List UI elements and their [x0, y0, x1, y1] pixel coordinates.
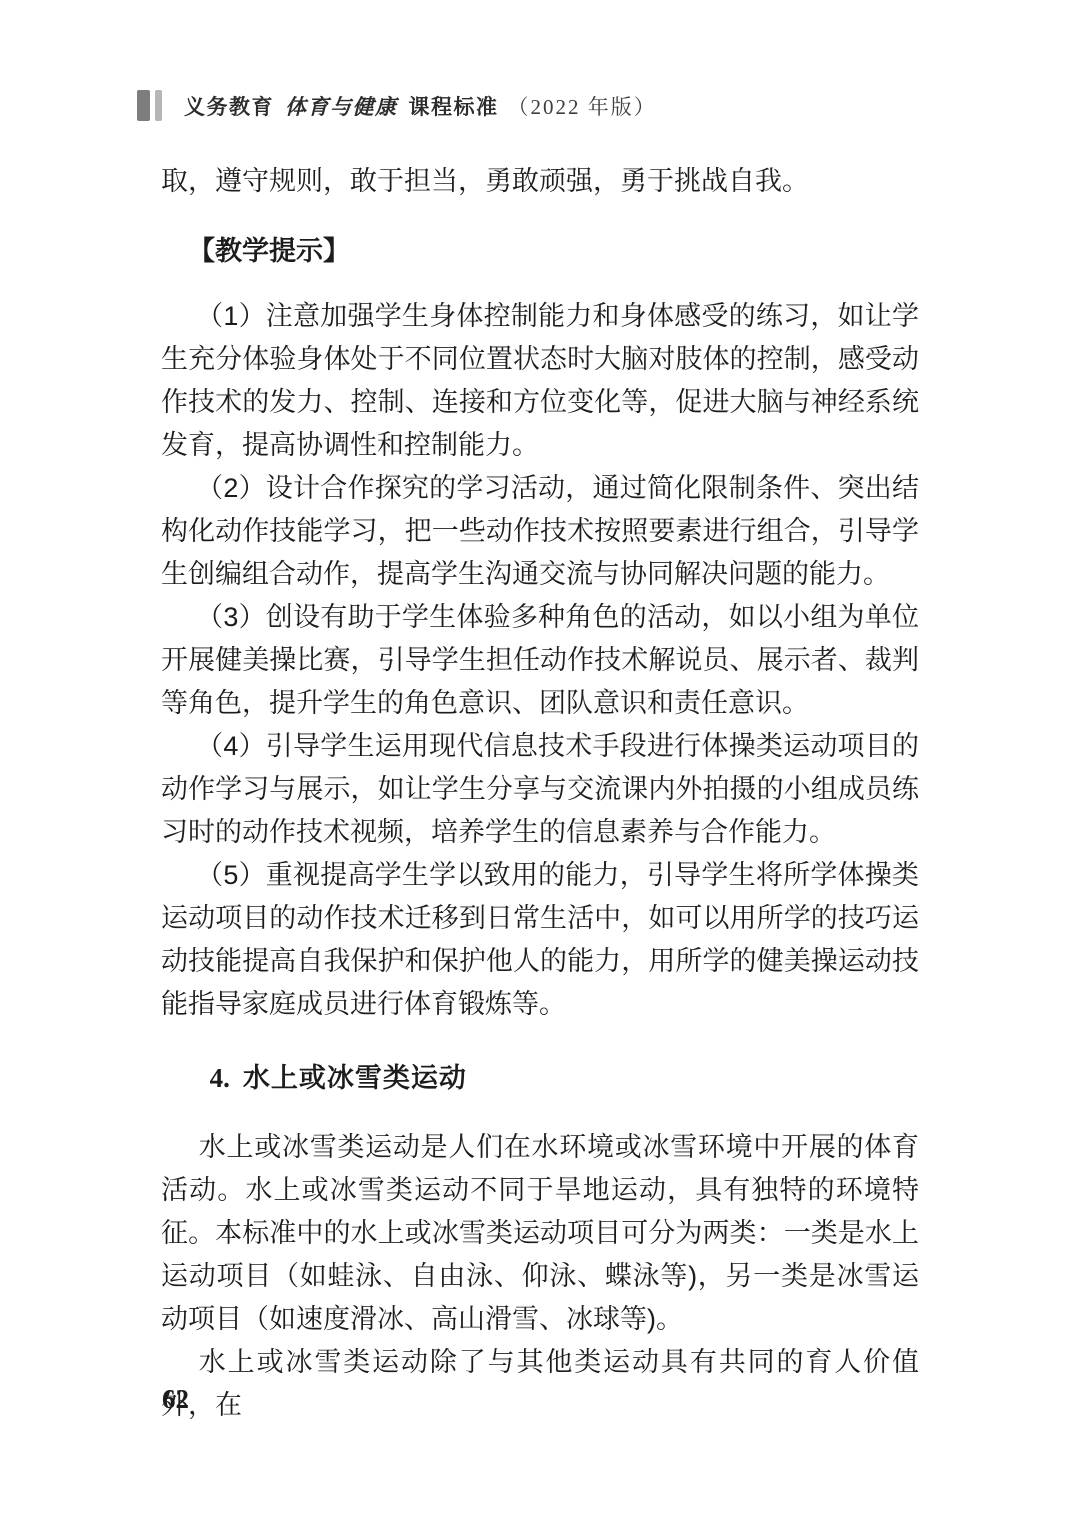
header-doctype: 课程标准: [409, 91, 499, 121]
subsection-title: 水上或冰雪类运动: [243, 1063, 467, 1093]
header-title: 义务教育 体育与健康 课程标准 （2022 年版）: [184, 91, 657, 121]
header-bar-dark-icon: [137, 90, 150, 121]
tip-paragraph-4: （4）引导学生运用现代信息技术手段进行体操类运动项目的动作学习与展示，如让学生分…: [161, 725, 919, 854]
subsection-number: 4.: [210, 1063, 230, 1093]
page-body: 取，遵守规则，敢于担当，勇敢顽强，勇于挑战自我。 【教学提示】 （1）注意加强学…: [161, 160, 919, 1427]
teaching-tips-heading: 【教学提示】: [161, 230, 919, 273]
header-series: 义务教育: [184, 91, 274, 121]
tip-paragraph-2: （2）设计合作探究的学习活动，通过简化限制条件、突出结构化动作技能学习，把一些动…: [161, 467, 919, 596]
tip-paragraph-1: （1）注意加强学生身体控制能力和身体感受的练习，如让学生充分体验身体处于不同位置…: [161, 295, 919, 467]
page-number: 62: [162, 1384, 189, 1415]
intro-continuation-line: 取，遵守规则，敢于担当，勇敢顽强，勇于挑战自我。: [161, 160, 919, 203]
body-paragraph-1: 水上或冰雪类运动是人们在水环境或冰雪环境中开展的体育活动。水上或冰雪类运动不同于…: [161, 1126, 919, 1341]
document-page: 义务教育 体育与健康 课程标准 （2022 年版） 取，遵守规则，敢于担当，勇敢…: [0, 0, 1080, 1526]
header-bar-light-icon: [155, 90, 162, 121]
body-paragraph-2: 水上或冰雪类运动除了与其他类运动具有共同的育人价值外，在: [161, 1341, 919, 1427]
tip-paragraph-5: （5）重视提高学生学以致用的能力，引导学生将所学体操类运动项目的动作技术迁移到日…: [161, 854, 919, 1026]
header-edition: （2022 年版）: [508, 91, 657, 121]
header-subject: 体育与健康: [285, 91, 398, 121]
tip-paragraph-3: （3）创设有助于学生体验多种角色的活动，如以小组为单位开展健美操比赛，引导学生担…: [161, 596, 919, 725]
running-header: 义务教育 体育与健康 课程标准 （2022 年版）: [137, 90, 657, 121]
subsection-heading: 4.水上或冰雪类运动: [161, 1057, 919, 1100]
